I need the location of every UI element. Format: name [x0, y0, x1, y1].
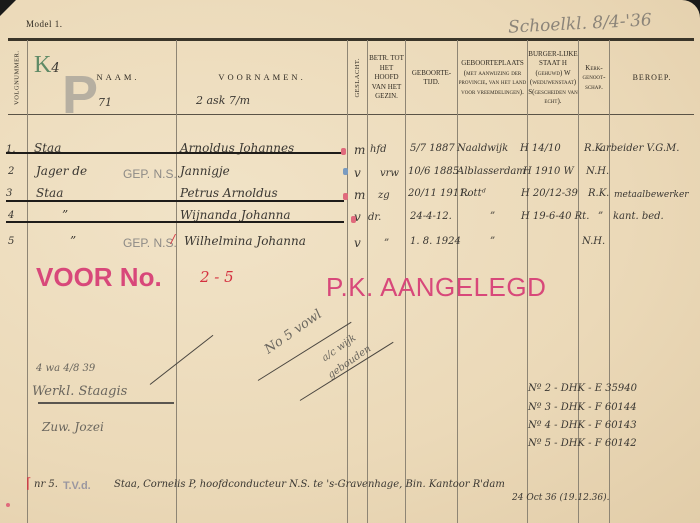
row2-geboortetijd: 10/6 1885 — [408, 166, 459, 177]
row5-geslacht: v — [354, 236, 361, 250]
row2-geboorteplaats: Alblasserdam — [457, 166, 526, 177]
blue-mark — [343, 168, 348, 175]
dhk-entry: Nº 2 - DHK - E 35940 — [528, 383, 637, 394]
row1-burgerlijke-staat: H 14/10 — [520, 143, 561, 154]
row1-geboorteplaats: Naaldwijk — [457, 143, 508, 154]
row4-geboorteplaats: ” — [490, 211, 495, 222]
k-stamp: K4 — [34, 52, 60, 79]
red-mark — [341, 148, 346, 155]
column-divider — [27, 40, 28, 523]
strike-row3 — [6, 200, 344, 202]
row2-geslacht: v — [354, 166, 361, 180]
row5-voornamen: Wilhelmina Johanna — [184, 234, 306, 248]
registration-card: Model 1. Schoelkl. 8/4-'36 VOLGNUMMER. N… — [0, 0, 700, 523]
row4-voornamen: Wijnanda Johanna — [180, 208, 290, 222]
header-geslacht: GESLACHT. — [348, 42, 367, 114]
row4-betr: dr. — [368, 212, 381, 223]
row2-naam: Jager de — [36, 164, 87, 178]
dhk-entry: Nº 4 - DHK - F 60143 — [528, 420, 637, 431]
header-kerkgenootschap: Kerk-genoot-schap. — [579, 42, 609, 114]
top-rule — [8, 38, 694, 41]
cut-corner — [0, 0, 16, 16]
dhk-entry: Nº 3 - DHK - F 60144 — [528, 402, 637, 413]
header-burgerlijke-staat: BURGER-LIJKE STAAT H (gehuwd) W (weduwen… — [528, 42, 578, 114]
row5-kerk: N.H. — [582, 236, 605, 247]
row3-geboorteplaats: Rottᵈ — [460, 188, 486, 199]
pencil-date: 4 wa 4/8 39 — [36, 363, 95, 374]
pk-aangelegd-stamp: P.K. AANGELEGD — [326, 272, 546, 303]
row4-naam: ” — [62, 208, 68, 222]
row4-burgerlijke-staat: H 19-6-40 Rt. — [521, 211, 589, 222]
pencil-note-1: Werkl. Staagis — [32, 384, 127, 399]
row3-geslacht: m — [354, 188, 365, 202]
red-check-mark: / — [171, 232, 175, 246]
row3-kerk: R.K. — [588, 188, 609, 199]
row2-betr: vrw — [380, 168, 399, 179]
header-geboortetijd: GEBOORTE-TIJD. — [406, 42, 457, 114]
red-bracket-mark: ⌈ — [26, 476, 31, 492]
strike-row4 — [6, 221, 344, 223]
row3-nr: 3 — [6, 188, 12, 199]
row4-nr: 4 — [8, 210, 14, 221]
red-mark — [6, 503, 10, 507]
header-beroep: BEROEP. — [610, 42, 694, 114]
row1-betr: hfd — [370, 144, 387, 155]
row2-burgerlijke-staat: H 1910 W — [523, 166, 574, 177]
pencil-center-1: No 5 vowl — [262, 307, 325, 357]
row2-kerk: N.H. — [586, 166, 609, 177]
header-geboorteplaats: GEBOORTEPLAATS (met aanwijzing der provi… — [458, 42, 527, 114]
row4-kerk: ” — [598, 211, 603, 222]
top-signature: Schoelkl. 8/4-'36 — [508, 10, 653, 37]
footer-prefix: nr 5. — [34, 479, 58, 490]
row3-naam: Staa — [36, 186, 63, 200]
gep-ns-stamp: GEP. N.S. — [123, 236, 177, 250]
row5-geboortetijd: 1. 8. 1924 — [410, 236, 461, 247]
row1-geslacht: m — [354, 143, 365, 157]
row5-betr: ” — [384, 238, 389, 249]
header-rule — [8, 114, 694, 115]
row3-beroep: metaalbewerker — [614, 190, 689, 200]
row5-naam: ” — [70, 234, 76, 248]
row3-voornamen: Petrus Arnoldus — [180, 186, 278, 200]
header-volgnummer: VOLGNUMMER. — [8, 42, 27, 114]
header-betr: BETR. TOT HET HOOFD VAN HET GEZIN. — [368, 42, 405, 114]
strike-row1 — [6, 152, 344, 154]
model-label: Model 1. — [26, 19, 63, 29]
row5-nr: 5 — [8, 236, 14, 247]
voornamen-note: 2 ask 7/m — [196, 94, 250, 107]
pencil-underline — [38, 402, 174, 404]
red-mark — [343, 193, 348, 200]
voor-no-value: 2 - 5 — [200, 268, 234, 286]
footer-date: 24 Oct 36 (19.12.36). — [512, 493, 609, 503]
dhk-entry: Nº 5 - DHK - F 60142 — [528, 438, 637, 449]
red-mark — [351, 216, 356, 223]
row4-geboortetijd: 24-4-12. — [410, 211, 452, 222]
row1-geboortetijd: 5/7 1887 — [410, 143, 455, 154]
gep-ns-stamp: GEP. N.S. — [123, 167, 177, 181]
tvd-stamp: T.V.d. — [63, 480, 91, 492]
voor-no-stamp: VOOR No. — [36, 262, 162, 293]
row3-burgerlijke-staat: H 20/12-39 — [521, 188, 578, 199]
p-stamp: P — [62, 64, 98, 126]
row2-voornamen: Jannigje — [180, 164, 230, 178]
row3-betr: zg — [378, 190, 390, 201]
row2-nr: 2 — [8, 166, 14, 177]
footer-text: Staa, Cornelis P, hoofdconducteur N.S. t… — [114, 479, 505, 490]
pencil-arrow — [150, 335, 214, 385]
p-suffix: 71 — [98, 96, 112, 109]
row4-beroep: kant. bed. — [613, 211, 664, 222]
pencil-note-2: Zuw. Jozei — [42, 420, 104, 434]
row5-geboorteplaats: ” — [490, 236, 495, 247]
row1-beroep: arbeider V.G.M. — [600, 143, 679, 154]
